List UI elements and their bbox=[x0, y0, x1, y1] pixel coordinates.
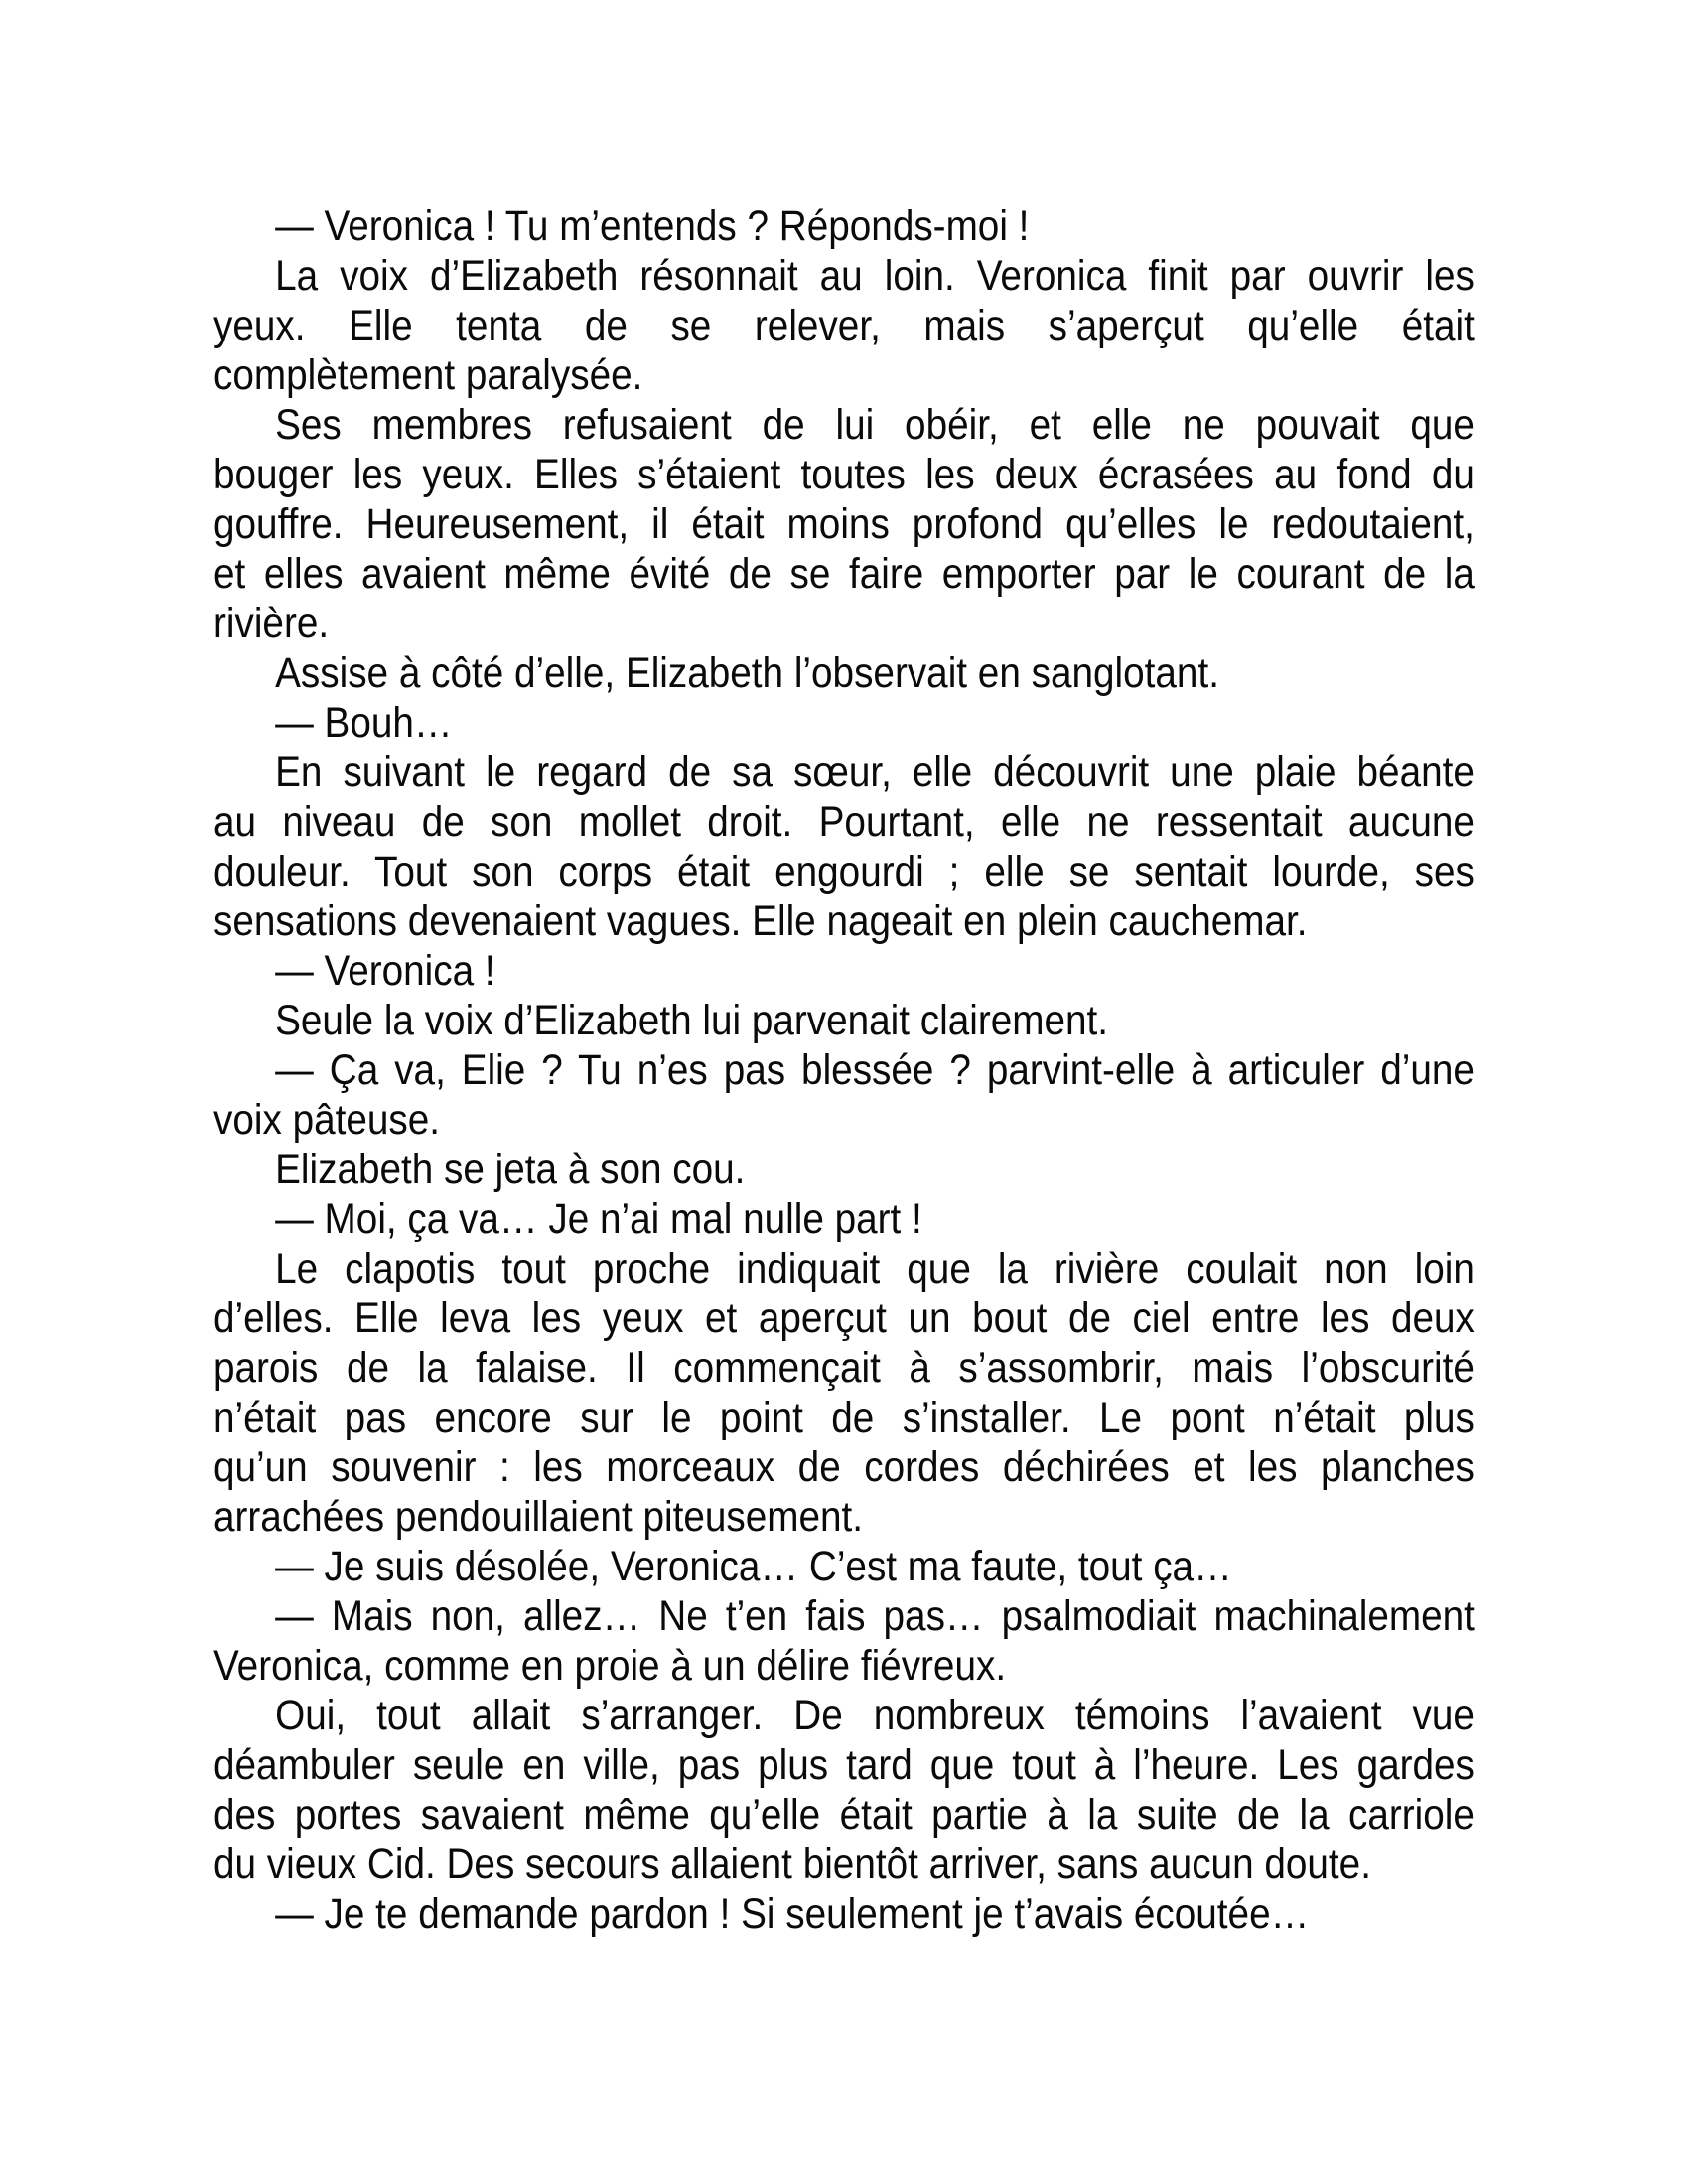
text-line: rivière. bbox=[213, 599, 1475, 648]
text-line: qu’un souvenir : les morceaux de cordes … bbox=[213, 1442, 1475, 1492]
text-line: déambuler seule en ville, pas plus tard … bbox=[213, 1740, 1475, 1790]
text-line: des portes savaient même qu’elle était p… bbox=[213, 1790, 1475, 1840]
text-line: — Ça va, Elie ? Tu n’es pas blessée ? pa… bbox=[213, 1045, 1475, 1095]
text-line: parois de la falaise. Il commençait à s’… bbox=[213, 1343, 1475, 1393]
text-line: bouger les yeux. Elles s’étaient toutes … bbox=[213, 450, 1475, 499]
text-line: Ses membres refusaient de lui obéir, et … bbox=[213, 400, 1475, 450]
text-line: voix pâteuse. bbox=[213, 1095, 1475, 1145]
text-line: Le clapotis tout proche indiquait que la… bbox=[213, 1244, 1475, 1294]
text-line: arrachées pendouillaient piteusement. bbox=[213, 1492, 1475, 1542]
text-line: sensations devenaient vagues. Elle nagea… bbox=[213, 896, 1475, 946]
text-line: — Bouh… bbox=[213, 698, 1475, 748]
text-line: Assise à côté d’elle, Elizabeth l’observ… bbox=[213, 648, 1475, 698]
text-line: — Mais non, allez… Ne t’en fais pas… psa… bbox=[213, 1591, 1475, 1641]
text-line: Seule la voix d’Elizabeth lui parvenait … bbox=[213, 996, 1475, 1045]
text-line: La voix d’Elizabeth résonnait au loin. V… bbox=[213, 251, 1475, 301]
text-line: — Moi, ça va… Je n’ai mal nulle part ! bbox=[213, 1194, 1475, 1244]
text-line: au niveau de son mollet droit. Pourtant,… bbox=[213, 797, 1475, 847]
text-line: complètement paralysée. bbox=[213, 350, 1475, 400]
text-line: — Je suis désolée, Veronica… C’est ma fa… bbox=[213, 1542, 1475, 1591]
text-line: gouffre. Heureusement, il était moins pr… bbox=[213, 499, 1475, 549]
text-line: — Je te demande pardon ! Si seulement je… bbox=[213, 1889, 1475, 1939]
text-line: d’elles. Elle leva les yeux et aperçut u… bbox=[213, 1294, 1475, 1343]
text-line: Veronica, comme en proie à un délire fié… bbox=[213, 1641, 1475, 1691]
text-line: du vieux Cid. Des secours allaient bient… bbox=[213, 1840, 1475, 1889]
text-line: douleur. Tout son corps était engourdi ;… bbox=[213, 847, 1475, 896]
text-line: Elizabeth se jeta à son cou. bbox=[213, 1145, 1475, 1194]
text-line: — Veronica ! bbox=[213, 946, 1475, 996]
text-line: Oui, tout allait s’arranger. De nombreux… bbox=[213, 1691, 1475, 1740]
page-text-block: — Veronica ! Tu m’entends ? Réponds-moi … bbox=[213, 202, 1475, 1939]
text-line: — Veronica ! Tu m’entends ? Réponds-moi … bbox=[213, 202, 1475, 251]
text-line: yeux. Elle tenta de se relever, mais s’a… bbox=[213, 301, 1475, 350]
text-line: n’était pas encore sur le point de s’ins… bbox=[213, 1393, 1475, 1442]
book-page: — Veronica ! Tu m’entends ? Réponds-moi … bbox=[0, 0, 1688, 2184]
text-line: et elles avaient même évité de se faire … bbox=[213, 549, 1475, 599]
text-line: En suivant le regard de sa sœur, elle dé… bbox=[213, 748, 1475, 797]
